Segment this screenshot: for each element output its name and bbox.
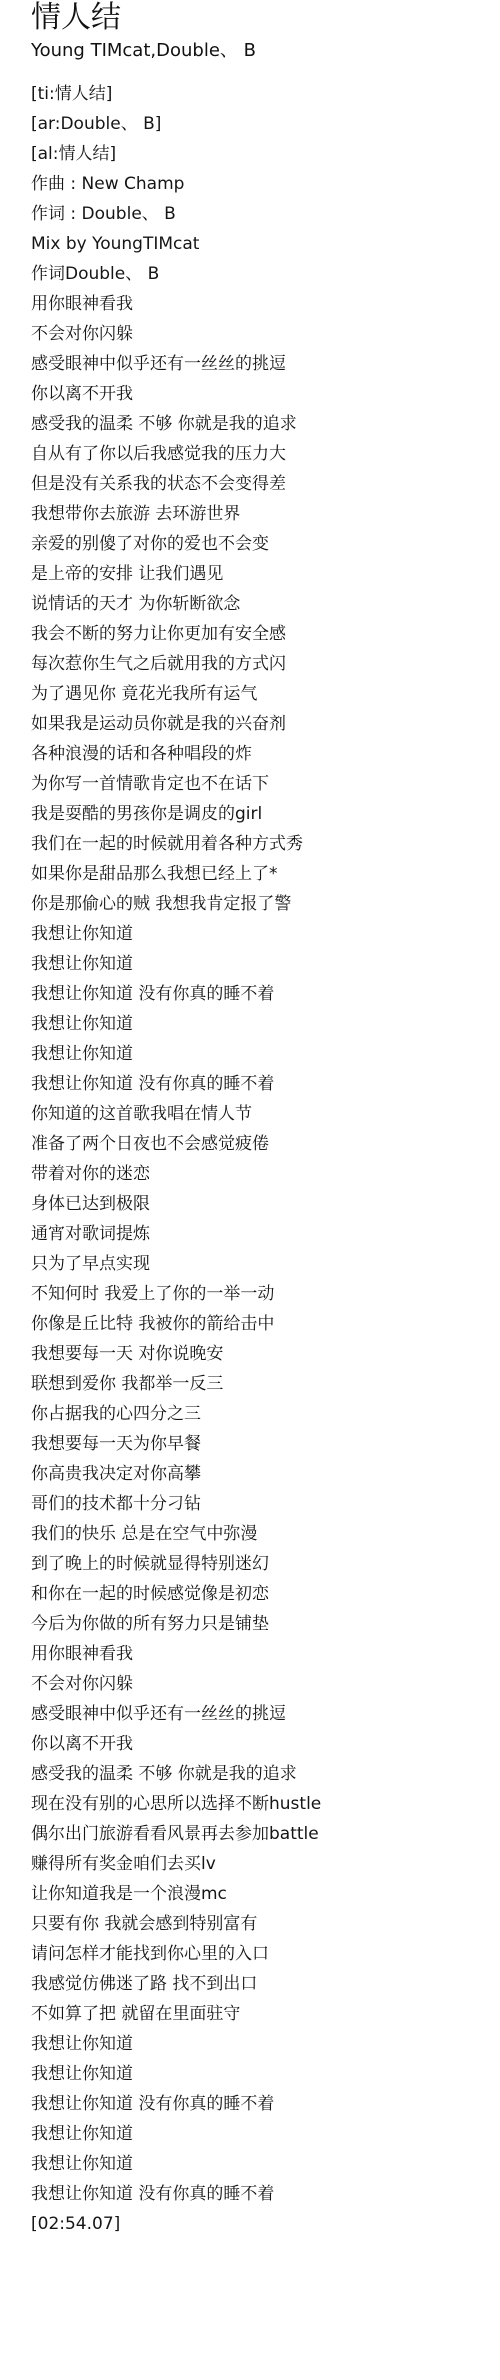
lyric-line: 我想让你知道 没有你真的睡不着 <box>31 979 321 1009</box>
lyric-line: 哥们的技术都十分刁钻 <box>31 1489 321 1519</box>
lyric-line: 只要有你 我就会感到特别富有 <box>31 1909 321 1939</box>
lyric-line: 你是那偷心的贼 我想我肯定报了警 <box>31 889 321 919</box>
lyric-line: 如果你是甜品那么我想已经上了* <box>31 859 321 889</box>
lyric-line: 请问怎样才能找到你心里的入口 <box>31 1939 321 1969</box>
lyric-line: 我会不断的努力让你更加有安全感 <box>31 619 321 649</box>
lyric-line: 联想到爱你 我都举一反三 <box>31 1369 321 1399</box>
lyric-line: 赚得所有奖金咱们去买lv <box>31 1849 321 1879</box>
lyric-line: 我想要每一天 对你说晚安 <box>31 1339 321 1369</box>
lyric-line: 让你知道我是一个浪漫mc <box>31 1879 321 1909</box>
lyric-line: 我想让你知道 <box>31 2029 321 2059</box>
lyric-line: 你以离不开我 <box>31 379 321 409</box>
lyric-line: 我想让你知道 <box>31 2059 321 2089</box>
song-artist: Young TIMcat,Double、 B <box>31 39 256 63</box>
lyric-line: 如果我是运动员你就是我的兴奋剂 <box>31 709 321 739</box>
lyric-line: [ti:情人结] <box>31 79 321 109</box>
lyric-line: 你像是丘比特 我被你的箭给击中 <box>31 1309 321 1339</box>
lyric-line: 我们的快乐 总是在空气中弥漫 <box>31 1519 321 1549</box>
lyric-line: 为了遇见你 竟花光我所有运气 <box>31 679 321 709</box>
lyric-line: 各种浪漫的话和各种唱段的炸 <box>31 739 321 769</box>
lyric-line: 每次惹你生气之后就用我的方式闪 <box>31 649 321 679</box>
lyric-line: 说情话的天才 为你斩断欲念 <box>31 589 321 619</box>
lyric-line: 我感觉仿佛迷了路 找不到出口 <box>31 1969 321 1999</box>
lyric-line: 现在没有别的心思所以选择不断hustle <box>31 1789 321 1819</box>
lyric-line: 我们在一起的时候就用着各种方式秀 <box>31 829 321 859</box>
lyric-line: 是上帝的安排 让我们遇见 <box>31 559 321 589</box>
lyric-line: 我想让你知道 没有你真的睡不着 <box>31 2179 321 2209</box>
lyric-line: [ar:Double、 B] <box>31 109 321 139</box>
lyric-line: 我想要每一天为你早餐 <box>31 1429 321 1459</box>
lyric-line: 感受我的温柔 不够 你就是我的追求 <box>31 1759 321 1789</box>
lyric-line: 不如算了把 就留在里面驻守 <box>31 1999 321 2029</box>
lyrics-list: [ti:情人结][ar:Double、 B][al:情人结] 作曲 : New … <box>31 79 321 2239</box>
lyric-line: 我想让你知道 <box>31 2119 321 2149</box>
lyric-line: 不知何时 我爱上了你的一举一动 <box>31 1279 321 1309</box>
lyric-line: [02:54.07] <box>31 2209 321 2239</box>
lyric-line: 我想带你去旅游 去环游世界 <box>31 499 321 529</box>
lyric-line: 偶尔出门旅游看看风景再去参加battle <box>31 1819 321 1849</box>
lyric-line: 但是没有关系我的状态不会变得差 <box>31 469 321 499</box>
lyric-line: 我想让你知道 没有你真的睡不着 <box>31 2089 321 2119</box>
lyric-line: 不会对你闪躲 <box>31 1669 321 1699</box>
lyric-line: 带着对你的迷恋 <box>31 1159 321 1189</box>
lyric-line: 作词Double、 B <box>31 259 321 289</box>
lyric-line: 今后为你做的所有努力只是铺垫 <box>31 1609 321 1639</box>
lyric-line: 到了晚上的时候就显得特别迷幻 <box>31 1549 321 1579</box>
song-title: 情人结 <box>31 0 121 36</box>
lyric-line: 你高贵我决定对你高攀 <box>31 1459 321 1489</box>
lyric-line: 我是耍酷的男孩你是调皮的girl <box>31 799 321 829</box>
lyric-line: [al:情人结] <box>31 139 321 169</box>
lyric-line: 我想让你知道 <box>31 2149 321 2179</box>
lyric-line: 和你在一起的时候感觉像是初恋 <box>31 1579 321 1609</box>
lyric-line: 通宵对歌词提炼 <box>31 1219 321 1249</box>
lyric-line: 亲爱的别傻了对你的爱也不会变 <box>31 529 321 559</box>
lyric-line: 你知道的这首歌我唱在情人节 <box>31 1099 321 1129</box>
lyric-line: 用你眼神看我 <box>31 289 321 319</box>
lyric-line: 用你眼神看我 <box>31 1639 321 1669</box>
lyric-line: 你以离不开我 <box>31 1729 321 1759</box>
lyric-line: 身体已达到极限 <box>31 1189 321 1219</box>
lyric-line: 我想让你知道 <box>31 949 321 979</box>
lyric-line: 作词 : Double、 B <box>31 199 321 229</box>
lyric-line: 我想让你知道 <box>31 1009 321 1039</box>
lyric-line: 为你写一首情歌肯定也不在话下 <box>31 769 321 799</box>
lyric-line: 作曲 : New Champ <box>31 169 321 199</box>
lyric-line: 我想让你知道 <box>31 1039 321 1069</box>
lyric-line: 只为了早点实现 <box>31 1249 321 1279</box>
lyric-line: Mix by YoungTIMcat <box>31 229 321 259</box>
lyric-line: 感受我的温柔 不够 你就是我的追求 <box>31 409 321 439</box>
lyric-line: 准备了两个日夜也不会感觉疲倦 <box>31 1129 321 1159</box>
lyric-line: 你占据我的心四分之三 <box>31 1399 321 1429</box>
lyric-line: 感受眼神中似乎还有一丝丝的挑逗 <box>31 1699 321 1729</box>
lyric-line: 我想让你知道 <box>31 919 321 949</box>
lyric-line: 感受眼神中似乎还有一丝丝的挑逗 <box>31 349 321 379</box>
lyric-line: 自从有了你以后我感觉我的压力大 <box>31 439 321 469</box>
lyric-line: 不会对你闪躲 <box>31 319 321 349</box>
lyric-line: 我想让你知道 没有你真的睡不着 <box>31 1069 321 1099</box>
